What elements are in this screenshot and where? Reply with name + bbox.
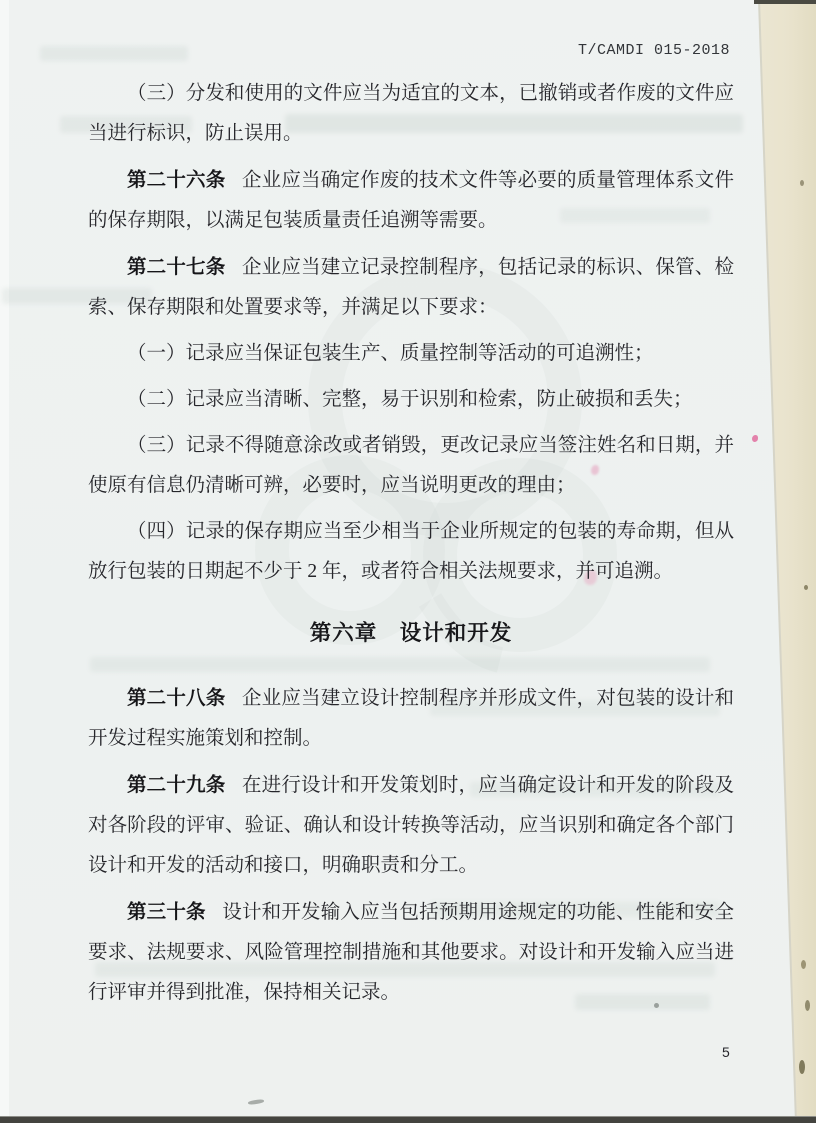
article-number: 第三十条 [127, 901, 206, 923]
article-number: 第二十七条 [127, 256, 225, 278]
chapter-heading: 第六章 设计和开发 [88, 613, 734, 653]
article-number: 第二十九条 [127, 774, 225, 796]
paragraph: （三）分发和使用的文件应当为适宜的文本，已撤销或者作废的文件应当进行标识，防止误… [88, 74, 734, 154]
paragraph: 第三十条设计和开发输入应当包括预期用途规定的功能、性能和安全要求、法规要求、风险… [88, 892, 734, 1013]
article-number: 第二十八条 [127, 687, 225, 709]
paragraph: （四）记录的保存期应当至少相当于企业所规定的包装的寿命期，但从放行包装的日期起不… [88, 512, 734, 592]
ink-stain [752, 435, 758, 442]
bleed-through-artifact [40, 46, 188, 61]
scan-top-edge [754, 0, 816, 4]
paragraph: （二）记录应当清晰、完整，易于识别和检索，防止破损和丢失； [88, 380, 734, 420]
paragraph: 第二十七条企业应当建立记录控制程序，包括记录的标识、保管、检索、保存期限和处置要… [88, 247, 734, 328]
paragraph: 第二十九条在进行设计和开发策划时，应当确定设计和开发的阶段及对各阶段的评审、验证… [88, 765, 734, 886]
paragraph: （三）记录不得随意涂改或者销毁，更改记录应当签注姓名和日期，并使原有信息仍清晰可… [88, 426, 734, 506]
standard-number: T/CAMDI 015-2018 [578, 42, 730, 59]
page-edge [746, 0, 816, 1123]
scan-left-edge [0, 0, 9, 1123]
scan-bottom-edge [0, 1116, 816, 1123]
paragraph: （一）记录应当保证包装生产、质量控制等活动的可追溯性； [88, 334, 734, 374]
article-number: 第二十六条 [127, 169, 225, 191]
scanned-document-page: T/CAMDI 015-2018 （三）分发和使用的文件应当为适宜的文本，已撤销… [0, 0, 816, 1123]
document-body: （三）分发和使用的文件应当为适宜的文本，已撤销或者作废的文件应当进行标识，防止误… [88, 74, 734, 1019]
scan-speck [248, 1099, 264, 1105]
page-number: 5 [722, 1044, 730, 1060]
paragraph: 第二十八条企业应当建立设计控制程序并形成文件，对包装的设计和开发过程实施策划和控… [88, 678, 734, 759]
paragraph: 第二十六条企业应当确定作废的技术文件等必要的质量管理体系文件的保存期限，以满足包… [88, 160, 734, 241]
